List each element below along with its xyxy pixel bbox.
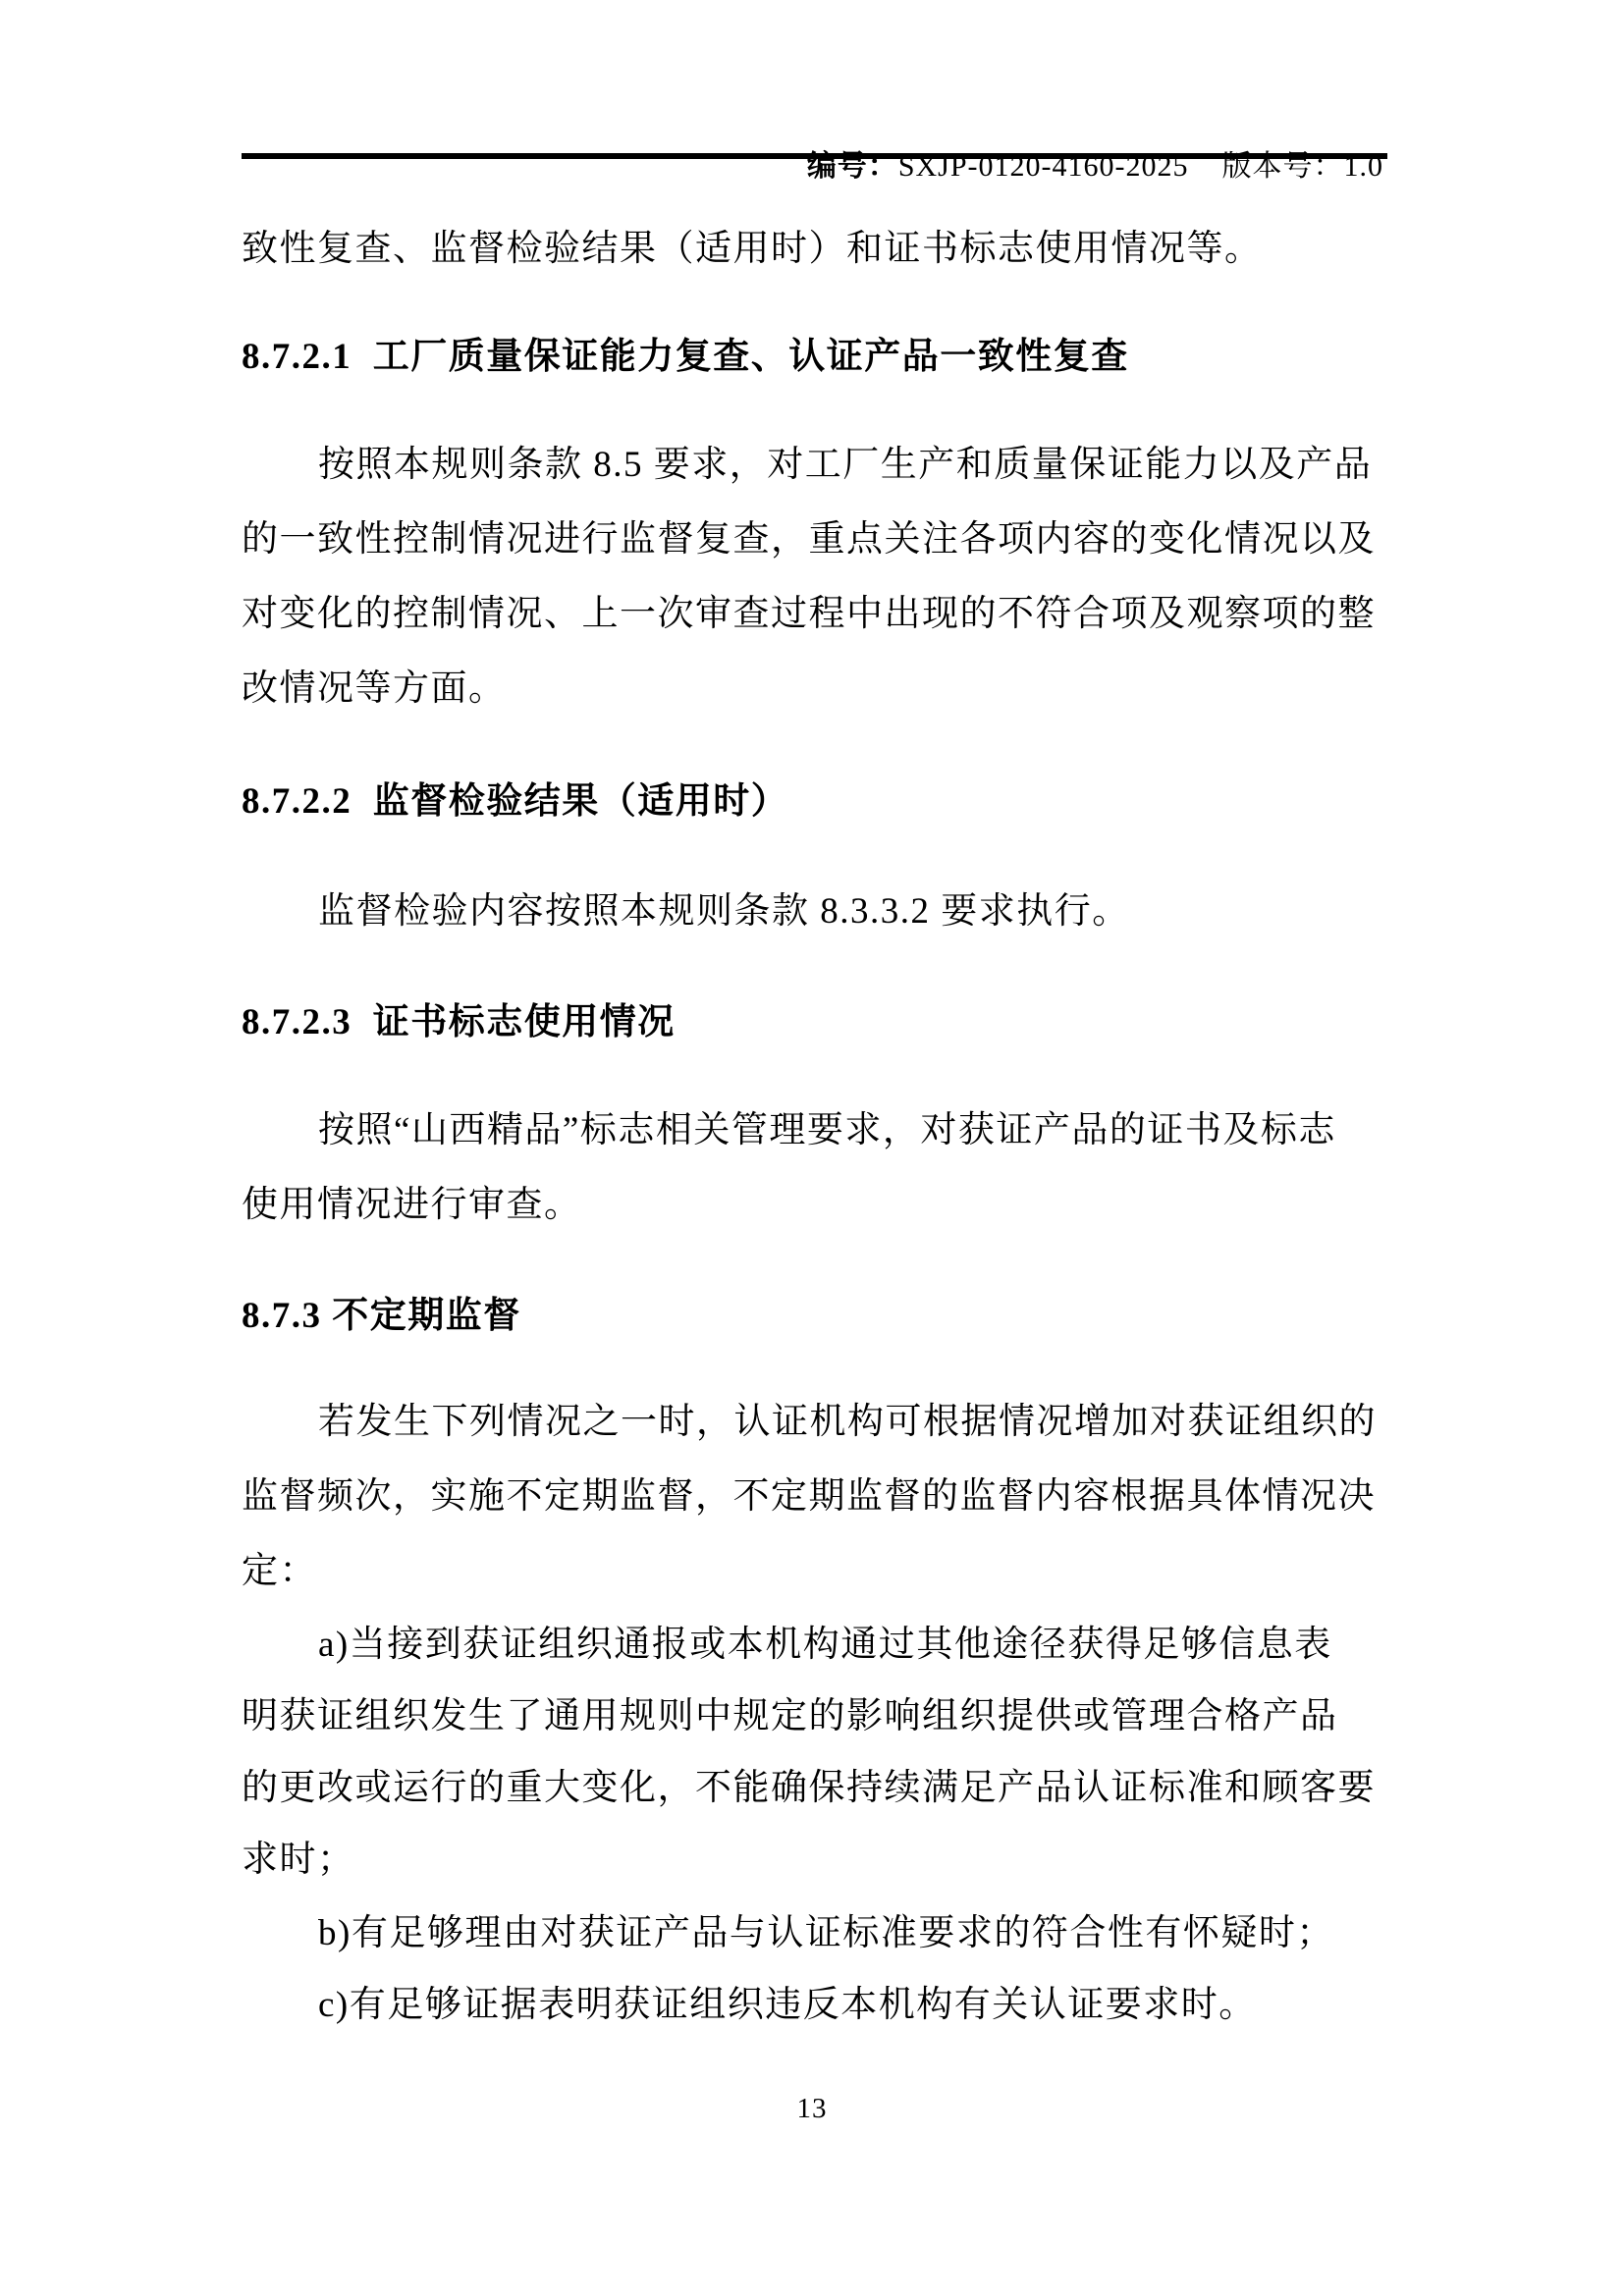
paragraph-line: 求时； [242,1824,1388,1896]
section-heading-8-7-2-3: 8.7.2.3 证书标志使用情况 [242,986,1388,1060]
paragraph-line: 定： [242,1534,1388,1609]
paragraph-line: 的一致性控制情况进行监督复查，重点关注各项内容的变化情况以及 [242,503,1388,577]
paragraph-line: 按照“山西精品”标志相关管理要求，对获证产品的证书及标志 [242,1094,1388,1168]
paragraph-line: 按照本规则条款 8.5 要求，对工厂生产和质量保证能力以及产品 [242,428,1388,503]
document-body: 致性复查、监督检验结果（适用时）和证书标志使用情况等。 8.7.2.1 工厂质量… [242,0,1388,2041]
paragraph: 按照“山西精品”标志相关管理要求，对获证产品的证书及标志 使用情况进行审查。 [242,1094,1388,1243]
section-heading-8-7-2-2: 8.7.2.2 监督检验结果（适用时） [242,765,1388,839]
paragraph-line: 改情况等方面。 [242,652,1388,726]
list-item-a: a)当接到获证组织通报或本机构通过其他途径获得足够信息表 明获证组织发生了通用规… [242,1609,1388,1896]
document-page: 编号：SXJP-0120-4160-2025版本号：1.0 致性复查、监督检验结… [0,0,1624,2296]
paragraph: 若发生下列情况之一时，认证机构可根据情况增加对获证组织的 监督频次，实施不定期监… [242,1385,1388,1609]
paragraph-line: 若发生下列情况之一时，认证机构可根据情况增加对获证组织的 [242,1385,1388,1460]
heading-line: 8.7.2.1 工厂质量保证能力复查、认证产品一致性复查 [242,320,1388,395]
paragraph-line: 监督检验内容按照本规则条款 8.3.3.2 要求执行。 [242,875,1388,949]
list-item-b: b)有足够理由对获证产品与认证标准要求的符合性有怀疑时； [242,1897,1388,1969]
heading-line: 8.7.2.2 监督检验结果（适用时） [242,765,1388,839]
heading-line: 8.7.2.3 证书标志使用情况 [242,986,1388,1060]
paragraph: 监督检验内容按照本规则条款 8.3.3.2 要求执行。 [242,875,1388,949]
paragraph-line: b)有足够理由对获证产品与认证标准要求的符合性有怀疑时； [242,1897,1388,1969]
paragraph-line: 监督频次，实施不定期监督，不定期监督的监督内容根据具体情况决 [242,1460,1388,1534]
paragraph-continuation: 致性复查、监督检验结果（适用时）和证书标志使用情况等。 [242,212,1388,287]
paragraph-line: a)当接到获证组织通报或本机构通过其他途径获得足够信息表 [242,1609,1388,1681]
paragraph: 按照本规则条款 8.5 要求，对工厂生产和质量保证能力以及产品 的一致性控制情况… [242,428,1388,726]
paragraph-line: 明获证组织发生了通用规则中规定的影响组织提供或管理合格产品 [242,1681,1388,1752]
heading-line: 8.7.3 不定期监督 [242,1279,1388,1354]
paragraph-line: 致性复查、监督检验结果（适用时）和证书标志使用情况等。 [242,212,1388,287]
paragraph-line: 对变化的控制情况、上一次审查过程中出现的不符合项及观察项的整 [242,577,1388,652]
page-number: 13 [0,2089,1624,2128]
paragraph-line: c)有足够证据表明获证组织违反本机构有关认证要求时。 [242,1969,1388,2041]
paragraph-line: 的更改或运行的重大变化，不能确保持续满足产品认证标准和顾客要 [242,1752,1388,1824]
paragraph-line: 使用情况进行审查。 [242,1168,1388,1243]
section-heading-8-7-2-1: 8.7.2.1 工厂质量保证能力复查、认证产品一致性复查 [242,320,1388,395]
section-heading-8-7-3: 8.7.3 不定期监督 [242,1279,1388,1354]
list-item-c: c)有足够证据表明获证组织违反本机构有关认证要求时。 [242,1969,1388,2041]
